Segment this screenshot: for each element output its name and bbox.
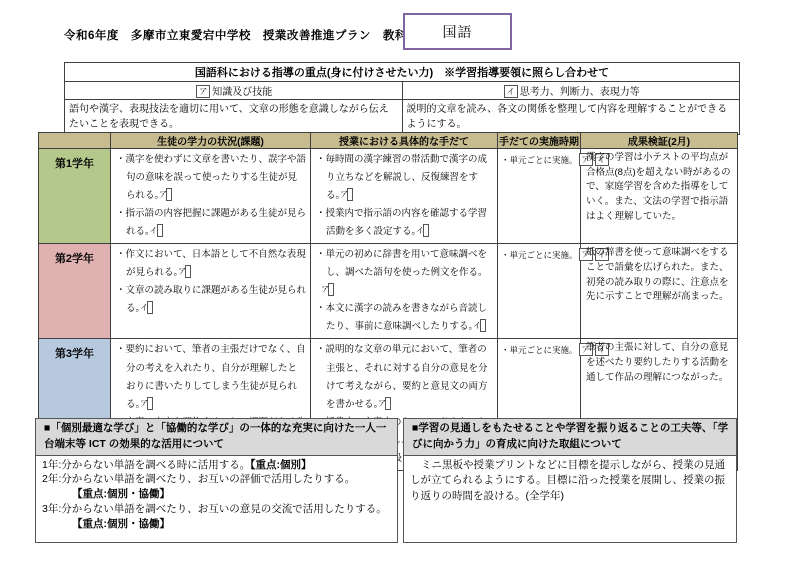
measure-item: ・単元の初めに辞書を用いて意味調べをし、調べた語句を使った例文を作る。ア (316, 246, 493, 300)
outlook-section-title: ■学習の見通しをもたせることや学習を振り返ることの工夫等、「学びに向かう力」の育… (404, 419, 736, 456)
mark-box-b: イ (157, 224, 163, 237)
status-item: ・作文において、日本語として不自然な表現が見られる。ア (116, 246, 306, 282)
mark-box-a: ア (328, 283, 334, 296)
document-page: 令和6年度 多摩市立東愛宕中学校 授業改善推進プラン 教科名 国語 国語科におけ… (0, 0, 800, 566)
focus-col-a-label: 知識及び技能 (212, 87, 272, 98)
measure-item: ・授業内で指示語の内容を確認する学習活動を多く設定する。イ (316, 205, 493, 241)
grade-row-1: 第1学年 ・漢字を使わずに文章を書いたり、誤字や語句の意味を誤って使ったりする生… (39, 149, 738, 244)
grade-label-1: 第1学年 (39, 149, 111, 244)
mark-box-a: ア (385, 397, 391, 410)
focus-table: 国語科における指導の重点(身に付けさせたい力) ※学習指導要領に照らし合わせて … (64, 62, 740, 135)
timing-cell-1: ・単元ごとに実施。アイ (498, 149, 581, 244)
ict-section-title: ■「個別最適な学び」と「協働的な学び」の一体的な充実に向けた一人一台端末等 IC… (36, 419, 397, 456)
header-cell-measures: 授業における具体的な手だて (311, 133, 498, 149)
ict-section-box: ■「個別最適な学び」と「協働的な学び」の一体的な充実に向けた一人一台端末等 IC… (35, 418, 398, 543)
header-cell-blank (39, 133, 111, 149)
mark-box-b: イ (480, 319, 486, 332)
mark-box-a: ア (196, 85, 210, 98)
focus-col-b-header: イ思考力、判断力、表現力等 (402, 82, 740, 100)
subject-label: 国語 (443, 22, 473, 42)
header-cell-timing: 手だての実施時期 (498, 133, 581, 149)
header-cell-result: 成果検証(2月) (581, 133, 738, 149)
timing-text: ・単元ごとに実施。 (501, 250, 578, 260)
result-cell-2: 紙の辞書を使って意味調べをすることで語彙を広げられた。また、初発の読み取りの際に… (581, 244, 738, 339)
ict-line-emphasis: 【重点:個別・協働】 (72, 488, 170, 500)
ict-line-text: 3年:分からない単語を調べたり、お互いの意見の交流で活用したりする。 (42, 503, 387, 515)
mark-box-a: ア (185, 265, 191, 278)
document-title: 令和6年度 多摩市立東愛宕中学校 授業改善推進プラン 教科名 (64, 27, 419, 43)
measure-text: ・授業内で指示語の内容を確認する学習活動を多く設定する。 (316, 208, 487, 237)
timing-text: ・単元ごとに実施。 (501, 155, 578, 165)
mark-box-a: ア (347, 188, 353, 201)
ict-line-emphasis: 【重点:個別・協働】 (72, 518, 170, 530)
grade-table-header-row: 生徒の学力の状況(課題) 授業における具体的な手だて 手だての実施時期 成果検証… (39, 133, 738, 149)
focus-col-a-body: 語句や漢字、表現技法を適切に用いて、文章の形態を意識しながら伝えたいことを表現で… (65, 100, 403, 135)
grade-row-2: 第2学年 ・作文において、日本語として不自然な表現が見られる。ア ・文章の読み取… (39, 244, 738, 339)
ict-section-body: 1年:分からない単語を調べる時に活用する。【重点:個別】 2年:分からない単語を… (36, 456, 397, 535)
focus-table-title: 国語科における指導の重点(身に付けさせたい力) ※学習指導要領に照らし合わせて (65, 63, 740, 82)
mark-box-a: ア (166, 188, 172, 201)
ict-line-1: 1年:分からない単語を調べる時に活用する。【重点:個別】 (42, 458, 392, 473)
status-item: ・要約において、筆者の主張だけでなく、自分の考えを入れたり、自分が理解したとおり… (116, 341, 306, 413)
outlook-section-body: ミニ黒板や授業プリントなどに目標を提示しながら、授業の見通しが立てられるようにす… (404, 456, 736, 507)
focus-col-b-body: 説明的文章を読み、各文の関係を整理して内容を理解することができるようにする。 (402, 100, 740, 135)
status-item: ・漢字を使わずに文章を書いたり、誤字や語句の意味を誤って使ったりする生徒が見られ… (116, 151, 306, 205)
measure-item: ・毎時間の漢字練習の帯活動で漢字の成り立ちなどを解説し、反復練習をする。ア (316, 151, 493, 205)
ict-line-5: 【重点:個別・協働】 (42, 517, 392, 532)
mark-box-b: イ (147, 301, 153, 314)
grade-label-2: 第2学年 (39, 244, 111, 339)
measures-cell-2: ・単元の初めに辞書を用いて意味調べをし、調べた語句を使った例文を作る。ア ・本文… (311, 244, 498, 339)
mark-box-b: イ (504, 85, 518, 98)
header-cell-status: 生徒の学力の状況(課題) (111, 133, 311, 149)
focus-col-b-label: 思考力、判断力、表現力等 (520, 87, 640, 98)
status-text: ・作文において、日本語として不自然な表現が見られる。 (116, 249, 306, 278)
subject-box: 国語 (403, 13, 512, 50)
measure-text: ・説明的な文章の単元において、筆者の主張と、それに対する自分の意見を分けて考えな… (316, 344, 488, 409)
status-cell-2: ・作文において、日本語として不自然な表現が見られる。ア ・文章の読み取りに課題が… (111, 244, 311, 339)
outlook-section-box: ■学習の見通しをもたせることや学習を振り返ることの工夫等、「学びに向かう力」の育… (403, 418, 737, 543)
ict-line-3: 【重点:個別・協働】 (42, 487, 392, 502)
mark-box-b: イ (423, 224, 429, 237)
ict-line-text: 1年:分からない単語を調べる時に活用する。 (42, 459, 250, 471)
measure-text: ・単元の初めに辞書を用いて意味調べをし、調べた語句を使った例文を作る。 (316, 249, 488, 278)
mark-box-a: ア (147, 397, 153, 410)
measure-item: ・本文に漢字の読みを書きながら音読したり、事前に意味調べしたりする。イ (316, 300, 493, 336)
ict-line-text: 2年:分からない単語を調べたり、お互いの評価で活用したりする。 (42, 473, 355, 485)
status-text: ・指示語の内容把握に課題がある生徒が見られる。 (116, 208, 306, 237)
status-item: ・文章の読み取りに課題がある生徒が見られる。イ (116, 282, 306, 318)
status-cell-1: ・漢字を使わずに文章を書いたり、誤字や語句の意味を誤って使ったりする生徒が見られ… (111, 149, 311, 244)
ict-line-emphasis: 【重点:個別】 (250, 459, 311, 471)
timing-text: ・単元ごとに実施。 (501, 345, 578, 355)
focus-col-a-header: ア知識及び技能 (65, 82, 403, 100)
ict-line-4: 3年:分からない単語を調べたり、お互いの意見の交流で活用したりする。 (42, 502, 392, 517)
ict-line-2: 2年:分からない単語を調べたり、お互いの評価で活用したりする。 (42, 472, 392, 487)
status-item: ・指示語の内容把握に課題がある生徒が見られる。イ (116, 205, 306, 241)
measure-item: ・説明的な文章の単元において、筆者の主張と、それに対する自分の意見を分けて考えな… (316, 341, 493, 413)
measures-cell-1: ・毎時間の漢字練習の帯活動で漢字の成り立ちなどを解説し、反復練習をする。ア ・授… (311, 149, 498, 244)
result-cell-1: 漢字の学習は小テストの平均点が合格点(8点)を超えない時があるので、家庭学習を含… (581, 149, 738, 244)
status-text: ・漢字を使わずに文章を書いたり、誤字や語句の意味を誤って使ったりする生徒が見られ… (116, 154, 306, 201)
timing-cell-2: ・単元ごとに実施。アイ (498, 244, 581, 339)
measure-text: ・本文に漢字の読みを書きながら音読したり、事前に意味調べしたりする。 (316, 303, 487, 332)
